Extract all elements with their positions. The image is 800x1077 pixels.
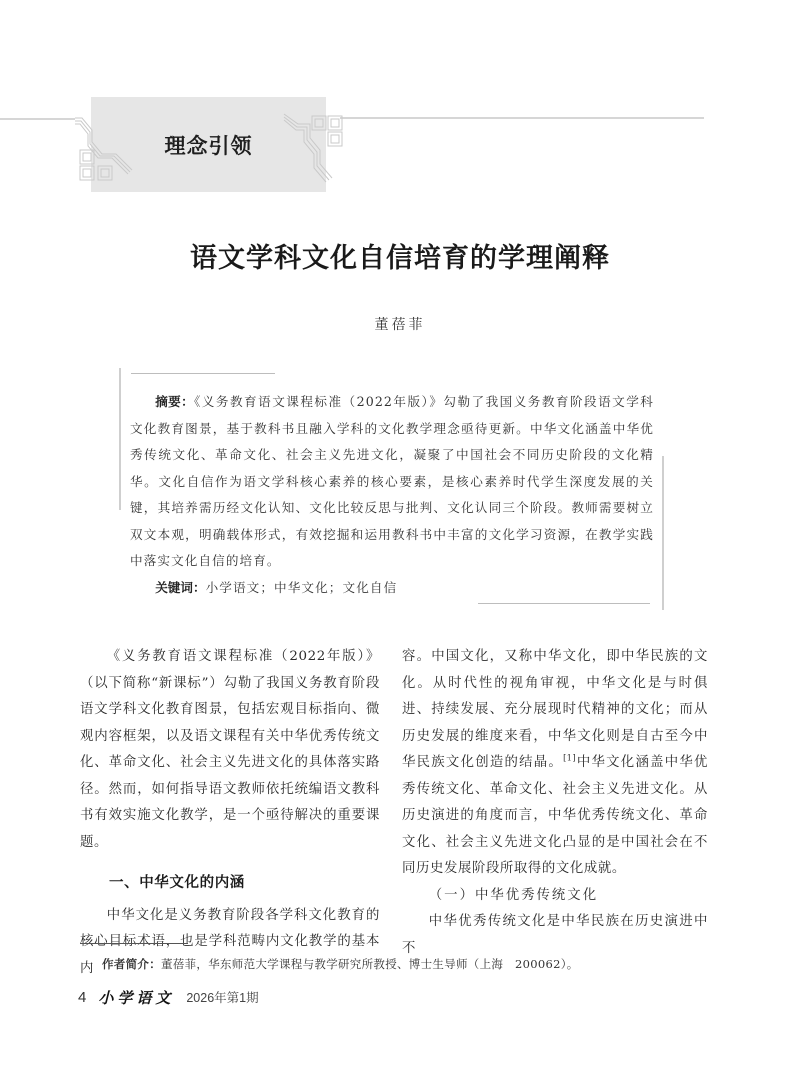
knot-ornament-right-icon (280, 110, 346, 190)
issue-number: 2026年第1期 (186, 988, 258, 1006)
abstract-frame-left (119, 368, 121, 510)
section-heading: 一、中华文化的内涵 (80, 870, 380, 897)
abstract-paragraph: 摘要：《义务教育语文课程标准（2022年版）》勾勒了我国义务教育阶段语文学科文化… (130, 389, 654, 575)
footnote-text: 董蓓菲，华东师范大学课程与教学研究所教授、博士生导师（上海 200062）。 (161, 957, 579, 971)
citation-ref[interactable]: [1] (563, 754, 576, 763)
journal-name-logo: 小学语文 (98, 987, 174, 1008)
abstract: 摘要：《义务教育语文课程标准（2022年版）》勾勒了我国义务教育阶段语文学科文化… (130, 389, 654, 601)
article-title: 语文学科文化自信培育的学理阐释 (0, 236, 800, 275)
abstract-frame-right (662, 456, 664, 610)
body-paragraph: 《义务教育语文课程标准（2022年版）》（以下简称“新课标”）勾勒了我国义务教育… (80, 644, 380, 856)
knot-ornament-left-icon (70, 112, 140, 192)
body-text: 中华文化涵盖中华优秀传统文化、革命文化、社会主义先进文化。从历史演进的角度而言，… (402, 755, 708, 876)
abstract-frame-bottom (478, 603, 650, 604)
body-paragraph: 容。中国文化，又称中华文化，即中华民族的文化。从时代性的视角审视，中华文化是与时… (402, 644, 708, 883)
author-footnote: 作者简介：董蓓菲，华东师范大学课程与教学研究所教授、博士生导师（上海 20006… (102, 956, 579, 972)
abstract-frame-top (131, 373, 275, 374)
body-paragraph: 中华优秀传统文化是中华民族在历史演进中不 (402, 909, 708, 962)
article-author: 董蓓菲 (0, 314, 800, 334)
header-rule-right (340, 117, 704, 119)
subsection-heading: （一）中华优秀传统文化 (402, 883, 708, 910)
header-rule-left (0, 118, 75, 120)
abstract-label: 摘要： (155, 394, 194, 409)
page-footer: 4 小学语文 2026年第1期 (78, 985, 259, 1009)
body-column-right: 容。中国文化，又称中华文化，即中华民族的文化。从时代性的视角审视，中华文化是与时… (402, 644, 708, 962)
abstract-text: 《义务教育语文课程标准（2022年版）》勾勒了我国义务教育阶段语文学科文化教育图… (130, 394, 654, 568)
body-column-left: 《义务教育语文课程标准（2022年版）》（以下简称“新课标”）勾勒了我国义务教育… (80, 644, 380, 982)
keywords-label: 关键词： (155, 580, 205, 595)
footnote-rule (80, 943, 188, 944)
body-text: 容。中国文化，又称中华文化，即中华民族的文化。从时代性的视角审视，中华文化是与时… (402, 649, 708, 770)
footnote-label: 作者简介： (102, 957, 161, 971)
keywords-text: 小学语文；中华文化；文化自信 (206, 580, 398, 595)
keywords-line: 关键词：小学语文；中华文化；文化自信 (130, 575, 654, 602)
page-number: 4 (78, 989, 86, 1006)
